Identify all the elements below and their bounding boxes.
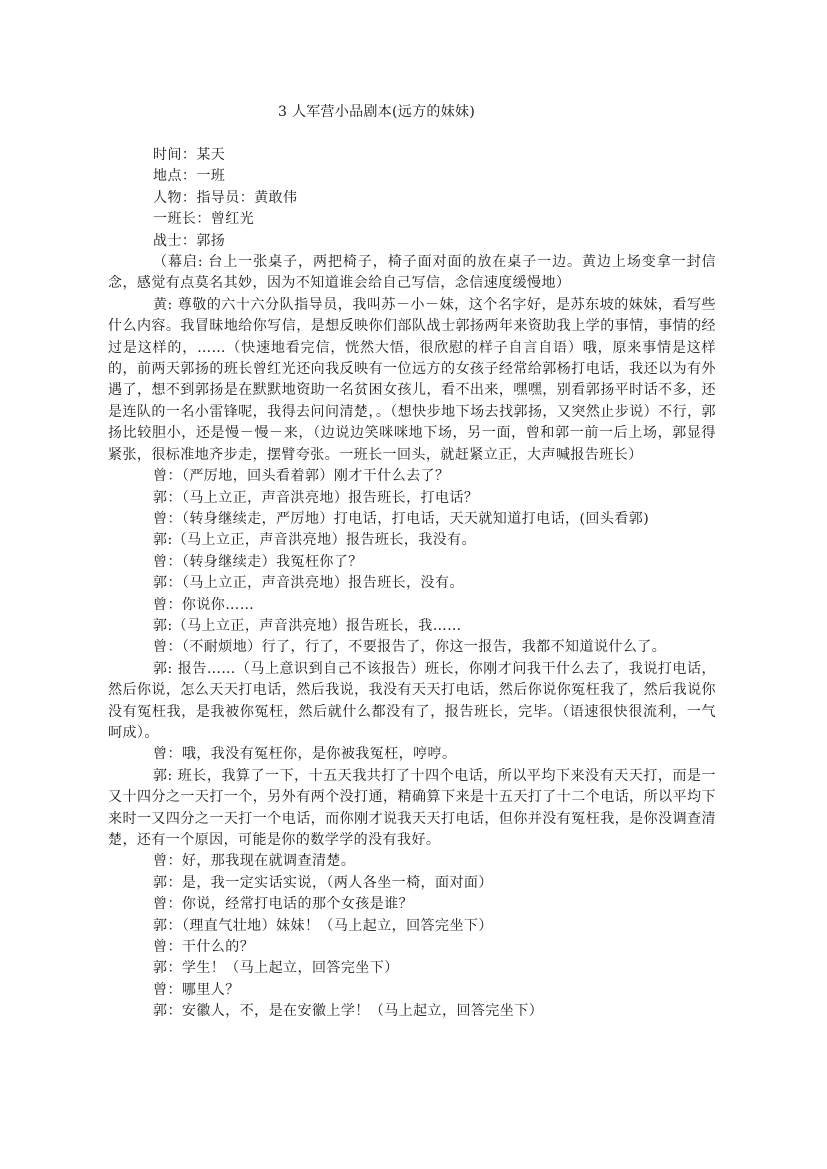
dialogue-line: 曾：（转身继续走，严厉地）打电话，打电话，天天就知道打电话，(回头看郭): [108, 509, 716, 530]
meta-squad-leader: 一班长：曾红光: [108, 209, 716, 230]
dialogue-line: 郭：是，我一定实话实说，（两人各坐一椅，面对面）: [108, 873, 716, 894]
dialogue-line: 曾：（严厉地，回头看着郭）刚才干什么去了？: [108, 466, 716, 487]
dialogue-line: 曾：你说，经常打电话的那个女孩是谁？: [108, 894, 716, 915]
dialogue-line: 郭：学生！（马上起立，回答完坐下）: [108, 958, 716, 979]
stage-direction-opening: （幕启: 台上一张桌子，两把椅子，椅子面对面的放在桌子一边。黄边上场变拿一封信念…: [108, 252, 716, 295]
meta-characters: 人物：指导员：黄敢伟: [108, 188, 716, 209]
dialogue-line: 郭：（马上立正，声音洪亮地）报告班长，没有。: [108, 573, 716, 594]
dialogue-line: 郭：安徽人，不，是在安徽上学！（马上起立，回答完坐下）: [108, 1001, 716, 1022]
document-body: 时间：某天 地点：一班 人物：指导员：黄敢伟 一班长：曾红光 战士：郭扬 （幕启…: [108, 145, 716, 1023]
meta-time: 时间：某天: [108, 145, 716, 166]
dialogue-line: 郭:（马上立正，声音洪亮地）报告班长，我没有。: [108, 530, 716, 551]
dialogue-line: 曾：好，那我现在就调查清楚。: [108, 851, 716, 872]
document-title: 3 人军营小品剧本(远方的妹妹): [278, 103, 475, 121]
dialogue-line: 郭：（理直气壮地）妹妹！（马上起立，回答完坐下）: [108, 916, 716, 937]
dialogue-line: 曾：（不耐烦地）行了，行了，不要报告了，你这一报告，我都不知道说什么了。: [108, 637, 716, 658]
dialogue-paragraph: 郭: 报告……（马上意识到自己不该报告）班长，你刚才问我干什么去了，我说打电话，…: [108, 659, 716, 745]
dialogue-line: 曾：哪里人？: [108, 980, 716, 1001]
meta-place: 地点：一班: [108, 166, 716, 187]
dialogue-paragraph: 黄: 尊敬的六十六分队指导员，我叫苏－小－妹，这个名字好，是苏东坡的妹妹，看写些…: [108, 295, 716, 466]
dialogue-line: 曾：哦，我没有冤枉你，是你被我冤枉，哼哼。: [108, 744, 716, 765]
meta-soldier: 战士：郭扬: [108, 231, 716, 252]
dialogue-line: 曾：干什么的？: [108, 937, 716, 958]
document-page: 3 人军营小品剧本(远方的妹妹) 时间：某天 地点：一班 人物：指导员：黄敢伟 …: [0, 0, 827, 1169]
dialogue-paragraph: 郭: 班长，我算了一下，十五天我共打了十四个电话，所以平均下来没有天天打，而是一…: [108, 766, 716, 852]
dialogue-line: 曾：你说你……: [108, 595, 716, 616]
dialogue-line: 郭：（马上立正，声音洪亮地）报告班长，打电话？: [108, 488, 716, 509]
dialogue-line: 郭:（马上立正，声音洪亮地）报告班长，我……: [108, 616, 716, 637]
dialogue-line: 曾：（转身继续走）我冤枉你了？: [108, 552, 716, 573]
